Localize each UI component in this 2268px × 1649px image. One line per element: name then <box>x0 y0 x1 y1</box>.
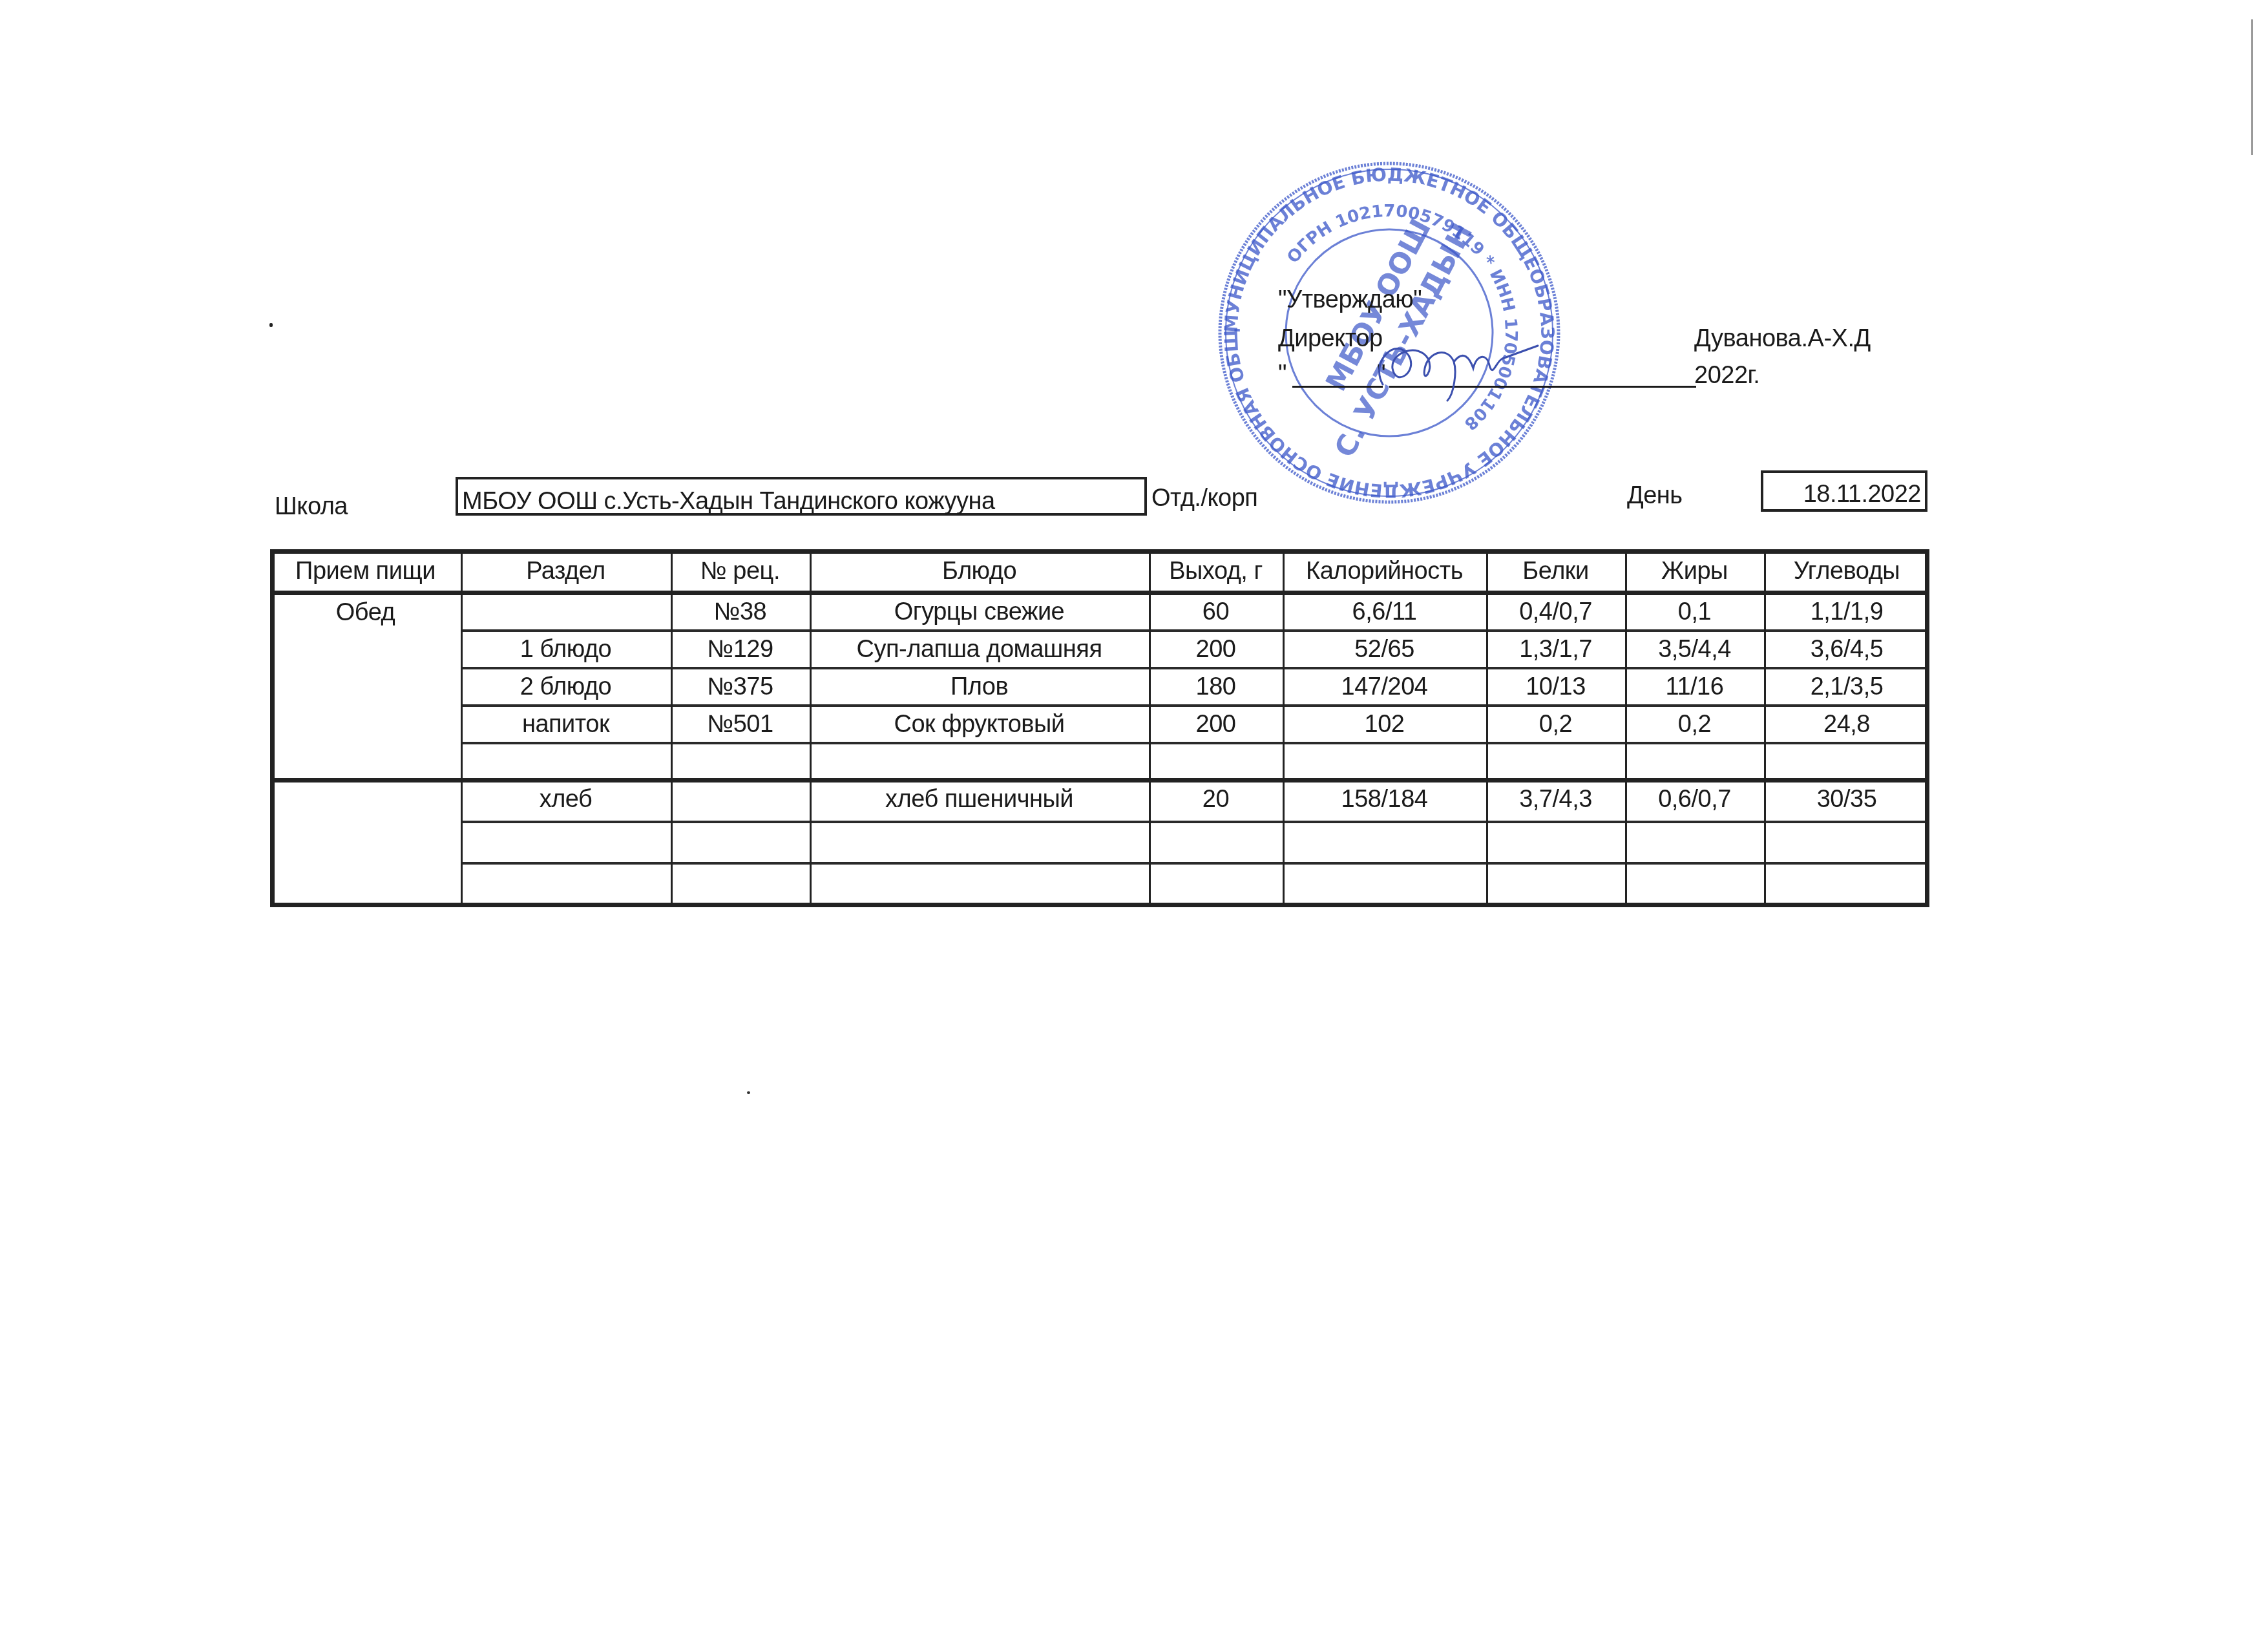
table-cell-calories <box>1283 863 1486 901</box>
table-column-divider <box>1149 549 1151 905</box>
table-cell-carbs: 24,8 <box>1764 706 1929 743</box>
table-cell-yield <box>1149 863 1283 901</box>
department-label: Отд./корп <box>1151 486 1257 510</box>
table-cell-fat: 0,6/0,7 <box>1625 781 1764 818</box>
table-column-divider <box>671 549 673 905</box>
table-cell-section: 2 блюдо <box>461 668 671 706</box>
column-header: № рец. <box>671 549 810 593</box>
table-cell-dish: Плов <box>810 668 1149 706</box>
table-cell-recipe <box>671 822 810 859</box>
handwritten-signature <box>1357 323 1680 407</box>
table-cell-section: напиток <box>461 706 671 743</box>
date-quote-open: " <box>1278 361 1286 388</box>
table-column-divider <box>1625 549 1627 905</box>
table-cell-calories <box>1283 822 1486 859</box>
table-cell-protein <box>1486 743 1625 781</box>
director-name: Дуванова.А-Х.Д <box>1694 326 1871 351</box>
table-cell-recipe <box>671 781 810 818</box>
table-cell-protein <box>1486 863 1625 901</box>
table-cell-carbs <box>1764 863 1929 901</box>
meal-name-cell <box>270 781 461 819</box>
table-cell-protein <box>1486 822 1625 859</box>
table-cell-fat: 0,2 <box>1625 706 1764 743</box>
table-cell-protein: 3,7/4,3 <box>1486 781 1625 818</box>
table-cell-fat <box>1625 743 1764 781</box>
table-cell-carbs: 30/35 <box>1764 781 1929 818</box>
approval-year: 2022г. <box>1694 363 1759 388</box>
table-cell-protein: 10/13 <box>1486 668 1625 706</box>
table-cell-fat: 11/16 <box>1625 668 1764 706</box>
table-cell-fat <box>1625 822 1764 859</box>
column-header: Углеводы <box>1764 549 1929 593</box>
table-cell-dish <box>810 863 1149 901</box>
table-cell-recipe <box>671 863 810 901</box>
table-column-divider <box>1283 549 1285 905</box>
table-cell-yield <box>1149 822 1283 859</box>
table-cell-calories: 6,6/11 <box>1283 593 1486 631</box>
table-column-divider <box>270 549 275 905</box>
table-group-divider <box>270 778 1929 782</box>
table-cell-section <box>461 743 671 781</box>
table-cell-section: 1 блюдо <box>461 631 671 668</box>
column-header: Выход, г <box>1149 549 1283 593</box>
school-value: МБОУ ООШ с.Усть-Хадын Тандинского кожуун… <box>462 489 995 514</box>
table-cell-calories <box>1283 743 1486 781</box>
scan-dot <box>747 1091 750 1094</box>
column-header: Блюдо <box>810 549 1149 593</box>
table-cell-yield <box>1149 743 1283 781</box>
table-cell-yield: 20 <box>1149 781 1283 818</box>
meal-name-cell: Обед <box>270 593 461 632</box>
table-top-border <box>270 549 1929 554</box>
table-column-divider <box>1764 549 1766 905</box>
table-cell-carbs: 1,1/1,9 <box>1764 593 1929 631</box>
table-cell-yield: 200 <box>1149 706 1283 743</box>
table-cell-yield: 60 <box>1149 593 1283 631</box>
day-label: День <box>1627 483 1683 508</box>
table-cell-dish: хлеб пшеничный <box>810 781 1149 818</box>
table-cell-calories: 52/65 <box>1283 631 1486 668</box>
table-cell-section <box>461 822 671 859</box>
table-cell-dish: Суп-лапша домашняя <box>810 631 1149 668</box>
table-cell-calories: 147/204 <box>1283 668 1486 706</box>
column-header: Жиры <box>1625 549 1764 593</box>
scan-edge-line <box>2251 19 2253 155</box>
table-group-divider <box>270 591 1929 595</box>
column-header: Прием пищи <box>270 549 461 593</box>
table-column-divider <box>1925 549 1929 905</box>
table-column-divider <box>810 549 812 905</box>
table-cell-carbs: 2,1/3,5 <box>1764 668 1929 706</box>
table-cell-fat <box>1625 863 1764 901</box>
table-cell-recipe: №501 <box>671 706 810 743</box>
table-cell-recipe <box>671 743 810 781</box>
table-cell-section: хлеб <box>461 781 671 818</box>
scan-dot <box>269 323 273 327</box>
table-cell-section <box>461 593 671 631</box>
table-cell-protein: 1,3/1,7 <box>1486 631 1625 668</box>
table-cell-yield: 200 <box>1149 631 1283 668</box>
table-cell-yield: 180 <box>1149 668 1283 706</box>
table-cell-fat: 0,1 <box>1625 593 1764 631</box>
table-cell-protein: 0,2 <box>1486 706 1625 743</box>
approval-title: "Утверждаю" <box>1278 288 1422 312</box>
menu-table: Прием пищиРаздел№ рец.БлюдоВыход, гКалор… <box>270 549 1929 905</box>
table-cell-calories: 102 <box>1283 706 1486 743</box>
table-column-divider <box>461 549 463 905</box>
table-cell-recipe: №129 <box>671 631 810 668</box>
table-bottom-border <box>270 903 1929 907</box>
table-cell-dish <box>810 822 1149 859</box>
table-cell-dish <box>810 743 1149 781</box>
table-cell-carbs: 3,6/4,5 <box>1764 631 1929 668</box>
date-value: 18.11.2022 <box>1761 482 1921 507</box>
school-label: Школа <box>275 494 348 519</box>
table-cell-protein: 0,4/0,7 <box>1486 593 1625 631</box>
column-header: Калорийность <box>1283 549 1486 593</box>
table-cell-recipe: №375 <box>671 668 810 706</box>
table-cell-carbs <box>1764 822 1929 859</box>
table-cell-calories: 158/184 <box>1283 781 1486 818</box>
table-cell-dish: Сок фруктовый <box>810 706 1149 743</box>
table-cell-section <box>461 863 671 901</box>
column-header: Белки <box>1486 549 1625 593</box>
table-cell-carbs <box>1764 743 1929 781</box>
table-cell-dish: Огурцы свежие <box>810 593 1149 631</box>
table-column-divider <box>1486 549 1488 905</box>
table-cell-recipe: №38 <box>671 593 810 631</box>
column-header: Раздел <box>461 549 671 593</box>
signature-icon <box>1357 323 1680 407</box>
table-cell-fat: 3,5/4,4 <box>1625 631 1764 668</box>
